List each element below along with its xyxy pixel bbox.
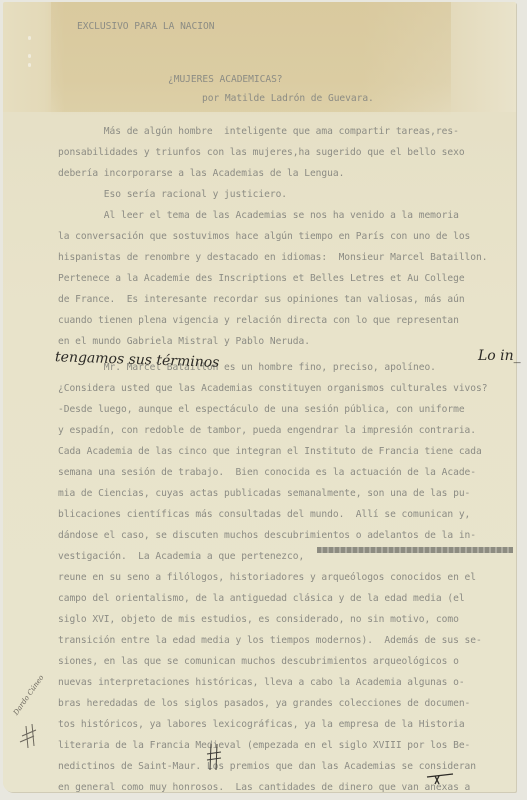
body-line: siones, en las que se comunican muchos d…	[58, 656, 459, 667]
struck-out-text	[317, 547, 513, 553]
body-line: dándose el caso, se discuten muchos desc…	[58, 530, 476, 541]
body-line: ponsabilidades y triunfos con las mujere…	[58, 147, 465, 158]
body-line: Eso sería racional y justiciero.	[58, 189, 287, 200]
body-line: nedictinos de Saint-Maur. Los premios qu…	[58, 761, 476, 772]
body-line: hispanistas de renombre y destacado en i…	[58, 252, 487, 263]
body-line: vestigación. La Academia a que pertenezc…	[58, 551, 304, 562]
ink-overstrike-mark	[425, 772, 455, 786]
body-line: campo del orientalismo, de la antiguedad…	[58, 593, 465, 604]
pencil-scribble-mark	[14, 706, 48, 750]
body-line: y espadín, con redoble de tambor, pueda …	[58, 425, 476, 436]
body-line: de France. Es interesante recordar sus o…	[58, 294, 465, 305]
correction-mark	[206, 742, 222, 772]
handwritten-end-insert: Lo in_	[478, 348, 521, 364]
body-line: cuando tienen plena vigencia y relación …	[58, 315, 459, 326]
body-line: tos históricos, ya labores lexicográfica…	[58, 719, 465, 730]
body-line: en general como muy honrosos. Las cantid…	[58, 782, 470, 793]
body-line: Al leer el tema de las Academias se nos …	[58, 210, 459, 221]
body-line: debería incorporarse a las Academias de …	[58, 168, 344, 179]
punch-hole-mark	[28, 36, 31, 40]
body-line: en el mundo Gabriela Mistral y Pablo Ner…	[58, 336, 310, 347]
header-exclusive-line: EXCLUSIVO PARA LA NACION	[77, 21, 214, 32]
body-line: transición entre la edad media y los tie…	[58, 635, 482, 646]
punch-hole-mark	[28, 63, 31, 67]
body-line: mia de Ciencias, cuyas actas publicadas …	[58, 488, 470, 499]
body-line: ¿Considera usted que las Academias const…	[58, 383, 487, 394]
body-line: siglo XVI, objeto de mis estudios, es co…	[58, 614, 459, 625]
body-line: la conversación que sostuvimos hace algú…	[58, 231, 470, 242]
body-line: blicaciones científicas más consultadas …	[58, 509, 470, 520]
typewritten-page	[3, 2, 516, 792]
article-title: ¿MUJERES ACADEMICAS?	[168, 74, 283, 85]
body-line: literaria de la Francia Medieval (empeza…	[58, 740, 470, 751]
body-line: nuevas interpretaciones históricas, llev…	[58, 677, 465, 688]
body-line: semana una sesión de trabajo. Bien conoc…	[58, 467, 476, 478]
article-byline: por Matilde Ladrón de Guevara.	[202, 93, 374, 104]
punch-hole-mark	[28, 54, 31, 58]
body-line: Pertenece a la Academie des Inscriptions…	[58, 273, 465, 284]
body-line: -Desde luego, aunque el espectáculo de u…	[58, 404, 465, 415]
body-line: reune en su seno a filólogos, historiado…	[58, 572, 476, 583]
body-line: Más de algún hombre inteligente que ama …	[58, 126, 459, 137]
body-line: Cada Academia de las cinco que integran …	[58, 446, 482, 457]
body-line: bras heredadas de los siglos pasados, ya…	[58, 698, 470, 709]
